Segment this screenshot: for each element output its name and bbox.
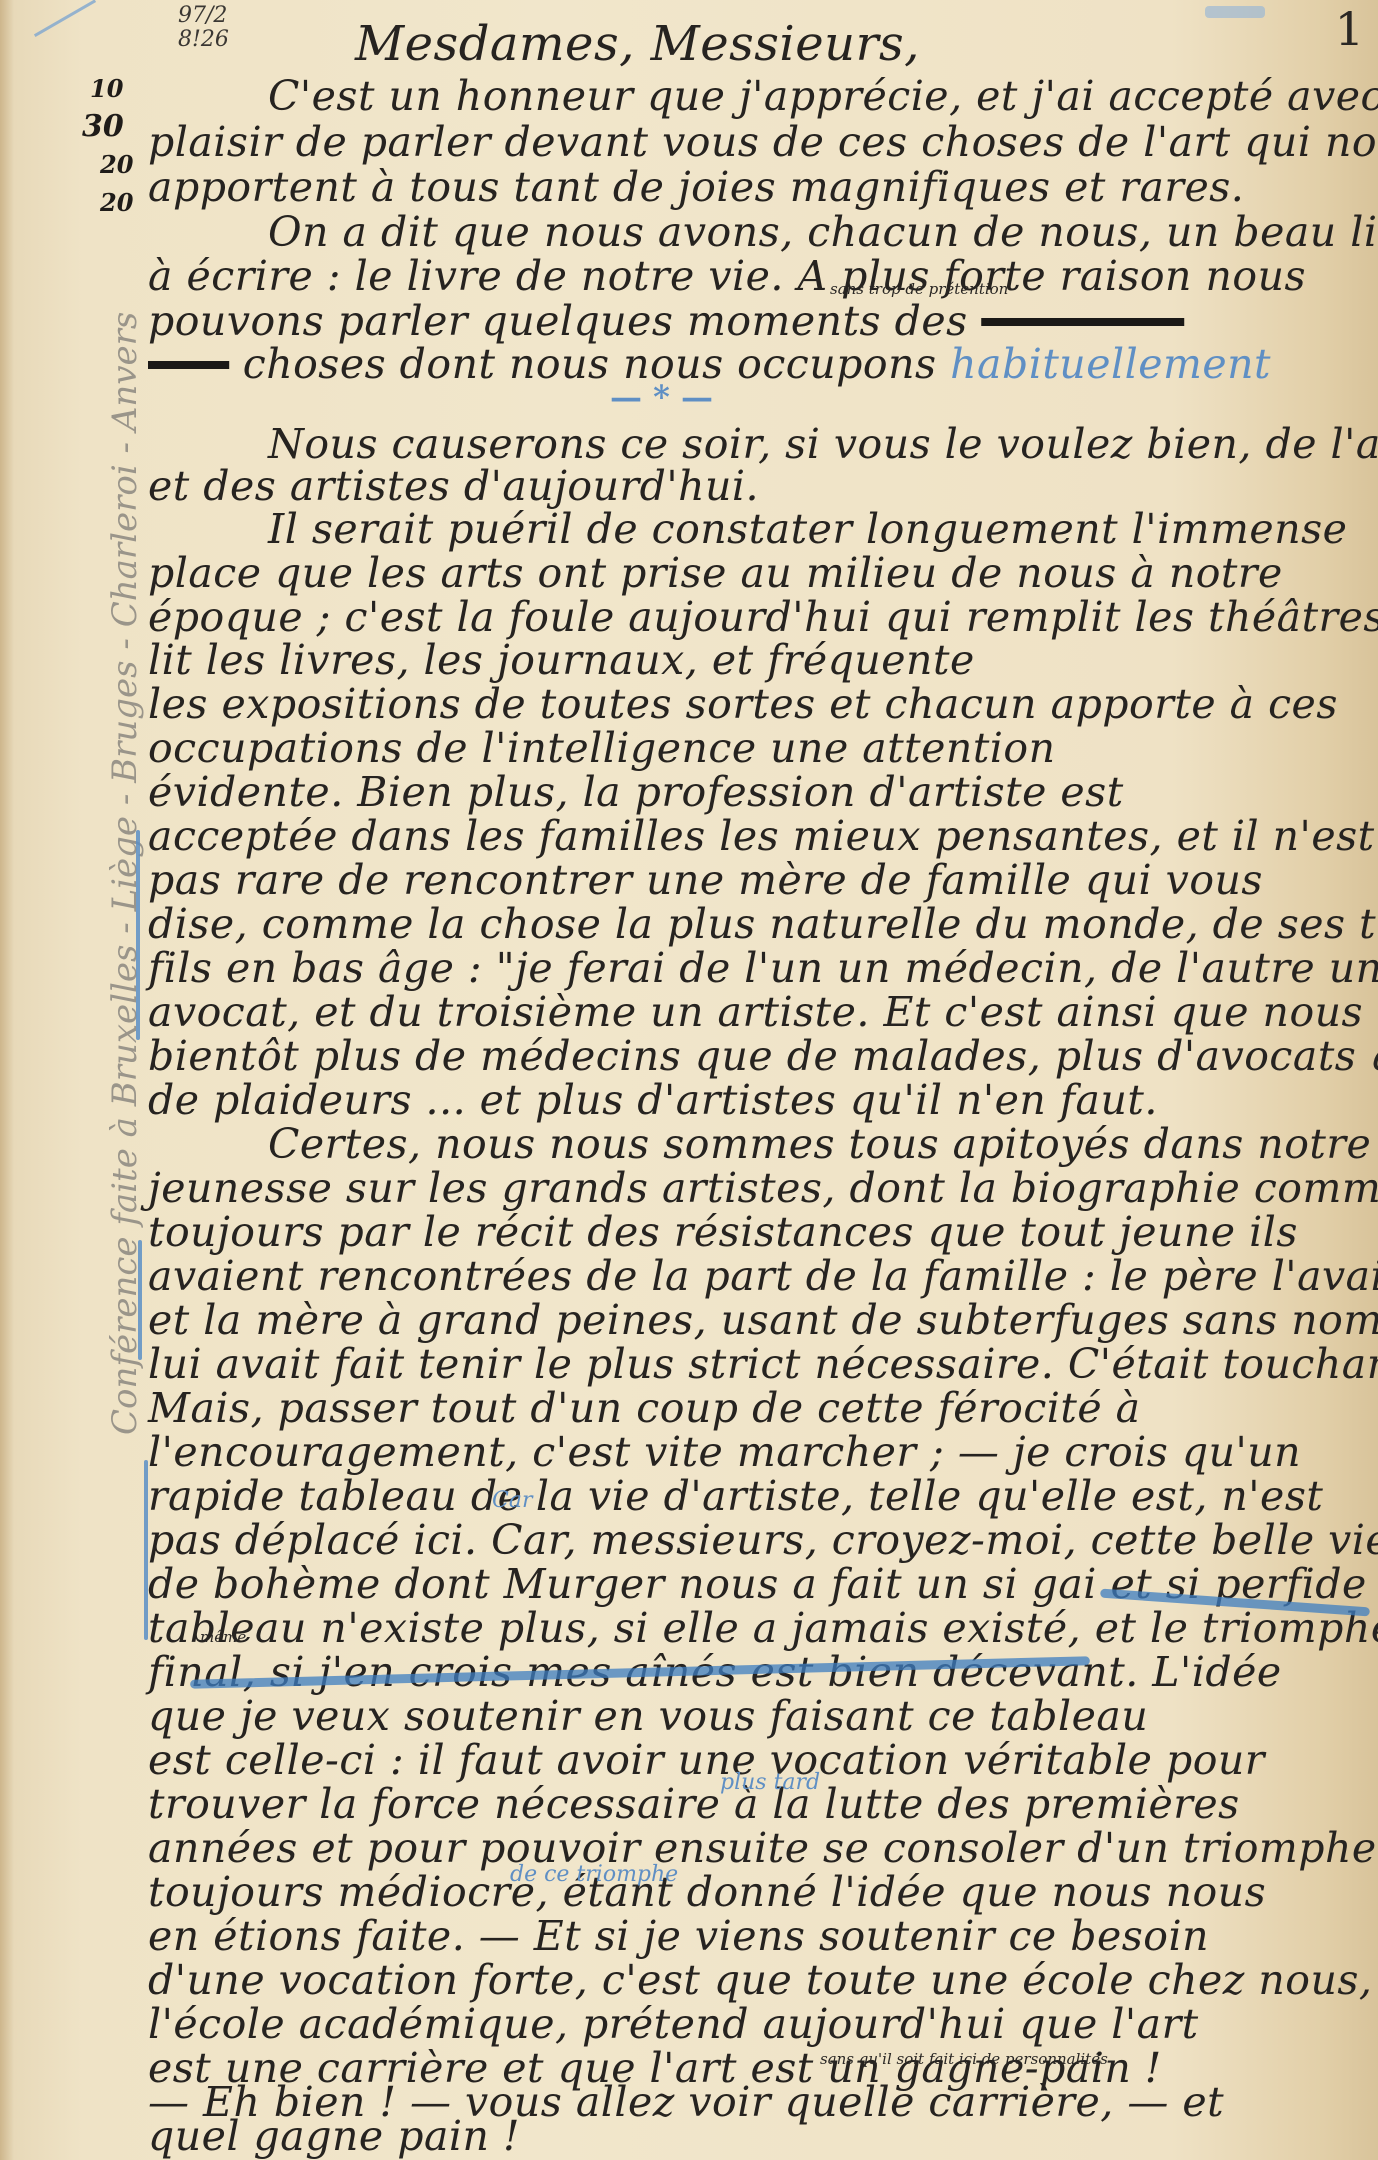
section-separator: — * —: [610, 378, 713, 416]
text-line: en étions faite. — Et si je viens souten…: [148, 1912, 1209, 1960]
text-line: On a dit que nous avons, chacun de nous,…: [268, 208, 1378, 256]
text-line: et des artistes d'aujourd'hui.: [148, 462, 759, 510]
text-line: quel gagne pain !: [148, 2112, 520, 2160]
text-line: et la mère à grand peines, usant de subt…: [148, 1296, 1378, 1344]
text-line: trouver la force nécessaire à la lutte d…: [148, 1780, 1240, 1828]
manuscript-page: 97/2 8!26 10 30 20 20 1 Conférence faite…: [0, 0, 1378, 2160]
text-line: Nous causerons ce soir, si vous le voule…: [268, 420, 1378, 468]
text-line: l'école académique, prétend aujourd'hui …: [148, 2000, 1199, 2048]
interlinear-insertion: même: [200, 1628, 246, 1646]
left-stamp-numbers: 10 30 20 20: [60, 70, 133, 222]
text-line: de plaideurs ... et plus d'artistes qu'i…: [148, 1076, 1158, 1124]
text-line: apportent à tous tant de joies magnifiqu…: [148, 163, 1244, 211]
text-line: Il serait puéril de constater longuement…: [268, 505, 1347, 553]
text-line: évidente. Bien plus, la profession d'art…: [148, 768, 1124, 816]
blue-margin-bar: [136, 830, 140, 1040]
struck-text: [148, 340, 229, 388]
text-line: pas déplacé ici. Car, messieurs, croyez-…: [148, 1516, 1378, 1564]
interlinear-insertion: sans trop de prétention: [830, 280, 1008, 298]
text-line: pas rare de rencontrer une mère de famil…: [148, 856, 1263, 904]
text-line: avocat, et du troisième un artiste. Et c…: [148, 988, 1378, 1036]
salutation: Mesdames, Messieurs,: [355, 16, 920, 72]
interlinear-insertion: sans qu'il soit fait ici de personnalité…: [820, 2050, 1108, 2068]
text-line: toujours médiocre, étant donné l'idée qu…: [148, 1868, 1266, 1916]
text-line: Certes, nous nous sommes tous apitoyés d…: [268, 1120, 1371, 1168]
blue-insertion: habituellement: [950, 340, 1271, 388]
top-left-pencil-note: 97/2 8!26: [178, 4, 229, 52]
text-line: époque ; c'est la foule aujourd'hui qui …: [148, 593, 1378, 641]
blue-scribble-top-right: [1205, 6, 1265, 18]
text-line: pouvons parler quelques moments des: [148, 297, 1184, 345]
text-line: d'une vocation forte, c'est que toute un…: [148, 1956, 1372, 2004]
text-line: fils en bas âge : "je ferai de l'un un m…: [148, 944, 1378, 992]
blue-insertion: de ce triomphe: [510, 1862, 678, 1887]
text-line: jeunesse sur les grands artistes, dont l…: [148, 1164, 1378, 1212]
text-line: lui avait fait tenir le plus strict néce…: [148, 1340, 1378, 1388]
text-line: bientôt plus de médecins que de malades,…: [148, 1032, 1378, 1080]
text-line: les expositions de toutes sortes et chac…: [148, 680, 1338, 728]
text-line: avaient rencontrées de la part de la fam…: [148, 1252, 1378, 1300]
text-line: à écrire : le livre de notre vie. A plus…: [148, 252, 1306, 300]
text-line: années et pour pouvoir ensuite se consol…: [148, 1824, 1377, 1872]
page-number: 1: [1335, 2, 1364, 56]
text-line: est celle-ci : il faut avoir une vocatio…: [148, 1736, 1265, 1784]
blue-insertion: plus tard: [720, 1770, 820, 1795]
text-line: toujours par le récit des résistances qu…: [148, 1208, 1298, 1256]
text-line: que je veux soutenir en vous faisant ce …: [148, 1692, 1148, 1740]
blue-scribble-mark: [34, 0, 116, 72]
text-line: occupations de l'intelligence une attent…: [148, 724, 1056, 772]
blue-margin-bar: [138, 1240, 142, 1360]
text-line: Mais, passer tout d'un coup de cette fér…: [148, 1384, 1141, 1432]
blue-insertion: Car: [492, 1488, 532, 1513]
text-line: dise, comme la chose la plus naturelle d…: [148, 900, 1378, 948]
text-line: tableau n'existe plus, si elle a jamais …: [148, 1604, 1378, 1652]
text-line: rapide tableau de la vie d'artiste, tell…: [148, 1472, 1323, 1520]
struck-text: [981, 297, 1184, 345]
text-line: acceptée dans les familles les mieux pen…: [148, 812, 1375, 860]
text-line: plaisir de parler devant vous de ces cho…: [148, 118, 1378, 166]
text-line: l'encouragement, c'est vite marcher ; — …: [148, 1428, 1301, 1476]
text-line: lit les livres, les journaux, et fréquen…: [148, 636, 975, 684]
text-line: C'est un honneur que j'apprécie, et j'ai…: [268, 72, 1378, 120]
text-line: place que les arts ont prise au milieu d…: [148, 549, 1283, 597]
